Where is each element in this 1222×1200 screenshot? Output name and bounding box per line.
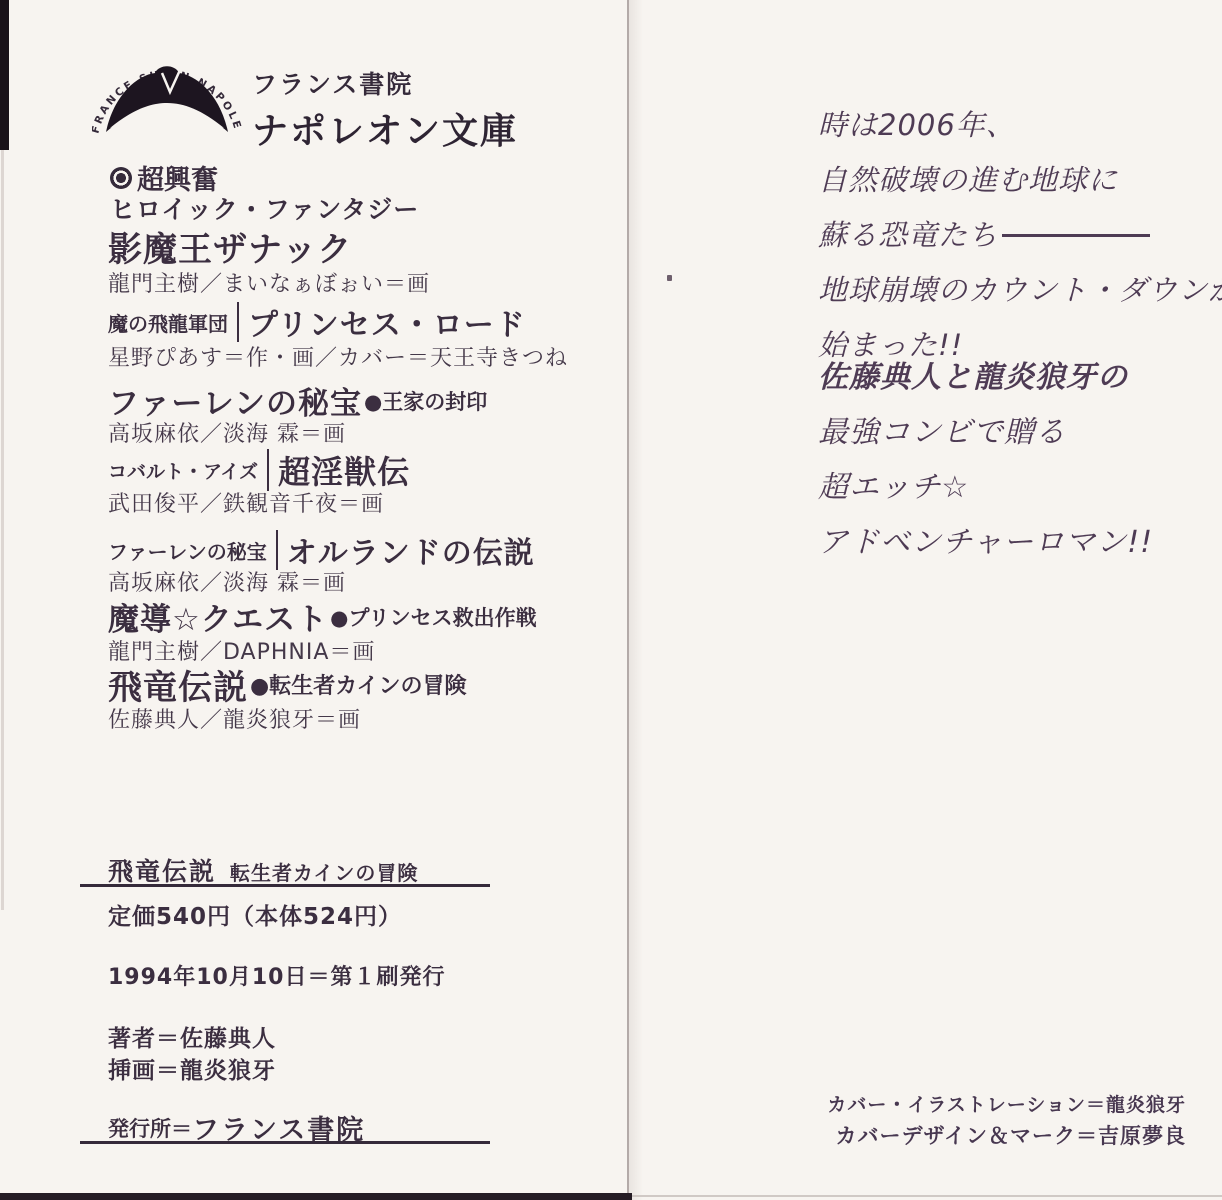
blurb-line: 佐藤典人と龍炎狼牙の: [818, 350, 1153, 405]
catalog-genre: ヒロイック・ファンタジー: [110, 190, 419, 226]
book-credit: 龍門主樹／まいなぁぼぉい＝画: [108, 267, 430, 298]
book-credit: 高坂麻依／淡海 霖＝画: [108, 417, 346, 448]
blurb-line: 最強コンビで贈る: [818, 405, 1153, 460]
blurb-line: 超エッチ☆: [818, 460, 1153, 515]
page-gutter-fold-line: [627, 0, 629, 1200]
blurb-line: アドベンチャーロマン!!: [818, 515, 1153, 570]
page-gutter-shadow: [629, 0, 643, 1200]
colophon-illustrator: 挿画＝龍炎狼牙: [108, 1052, 276, 1085]
story-blurb: 時は2006年、 自然破壊の進む地球に 蘇る恐竜たち 地球崩壊のカウント・ダウン…: [818, 98, 1222, 373]
colophon-price: 定価540円（本体524円）: [108, 898, 402, 931]
book-credit: 佐藤典人／龍炎狼牙＝画: [108, 703, 361, 734]
book-credit: 高坂麻依／淡海 霖＝画: [108, 566, 346, 597]
book-subtitle: ●王家の封印: [364, 386, 487, 416]
book-title: 魔導☆クエスト: [108, 594, 328, 639]
book-series-prefix: コバルト・アイズ: [108, 457, 258, 484]
page-edge-left-strip: [0, 0, 9, 150]
page-edge-bottom-strip: [0, 1193, 632, 1200]
book-title-row: 影魔王ザナック: [108, 222, 352, 271]
colophon-book-title: 飛竜伝説 転生者カインの冒険: [108, 852, 418, 888]
book-title-row: 魔導☆クエスト ●プリンセス救出作戦: [108, 594, 537, 639]
title-divider-bar: [267, 449, 269, 491]
title-divider-bar: [237, 302, 239, 342]
book-title: プリンセス・ロード: [248, 300, 526, 344]
publisher-logo: FRANCE SHOIN NAPOLEON BUNKO フランス書院 ナポレオン…: [92, 48, 518, 160]
logo-imprint-name: ナポレオン文庫: [252, 103, 518, 154]
book-subtitle: ●転生者カインの冒険: [250, 669, 467, 700]
blurb-line: 蘇る恐竜たち: [818, 208, 1222, 263]
book-title: 飛竜伝説: [108, 660, 248, 709]
page-edge-left-line: [1, 150, 4, 910]
book-credit: 星野ぴあす＝作・画／カバー＝天王寺きつね: [108, 341, 568, 372]
colophon-publisher-label: 発行所＝: [108, 1113, 192, 1143]
book-series-prefix: ファーレンの秘宝: [108, 536, 267, 565]
colophon-bottom-rule: [80, 1141, 490, 1144]
cover-illustration-credit: カバー・イラストレーション＝龍炎狼牙: [827, 1090, 1186, 1121]
logo-publisher-name: フランス書院: [252, 65, 518, 101]
colophon-author: 著者＝佐藤典人: [108, 1020, 276, 1053]
blurb-line: 時は2006年、: [818, 98, 1222, 153]
dust-speck: [667, 275, 672, 281]
colophon-title: 飛竜伝説: [108, 852, 216, 888]
book-title-row: 飛竜伝説 ●転生者カインの冒険: [108, 660, 467, 709]
promo-blurb: 佐藤典人と龍炎狼牙の 最強コンビで贈る 超エッチ☆ アドベンチャーロマン!!: [818, 350, 1153, 570]
cover-credits: カバー・イラストレーション＝龍炎狼牙 カバーデザイン＆マーク＝吉原夢良: [827, 1090, 1186, 1152]
book-title-row: 魔の飛龍軍団 プリンセス・ロード: [108, 300, 526, 344]
book-series-prefix: 魔の飛龍軍団: [108, 308, 228, 337]
blurb-line: 地球崩壊のカウント・ダウンが: [818, 263, 1222, 318]
blurb-line: 自然破壊の進む地球に: [818, 153, 1222, 208]
colophon-print-date: 1994年10月10日＝第１刷発行: [108, 960, 445, 991]
colophon-top-rule: [80, 884, 490, 887]
fisheye-bullet-icon: [110, 167, 132, 189]
title-divider-bar: [276, 530, 278, 570]
book-title: 影魔王ザナック: [108, 222, 352, 271]
cover-design-credit: カバーデザイン＆マーク＝吉原夢良: [827, 1121, 1186, 1152]
napoleon-hat-icon: FRANCE SHOIN NAPOLEON BUNKO: [92, 48, 242, 160]
page-edge-bottom-line: [632, 1195, 1222, 1197]
long-dash-line: [1002, 234, 1150, 237]
book-credit: 武田俊平／鉄観音千夜＝画: [108, 487, 384, 518]
book-subtitle: ●プリンセス救出作戦: [330, 602, 536, 632]
colophon-subtitle: 転生者カインの冒険: [230, 857, 418, 886]
